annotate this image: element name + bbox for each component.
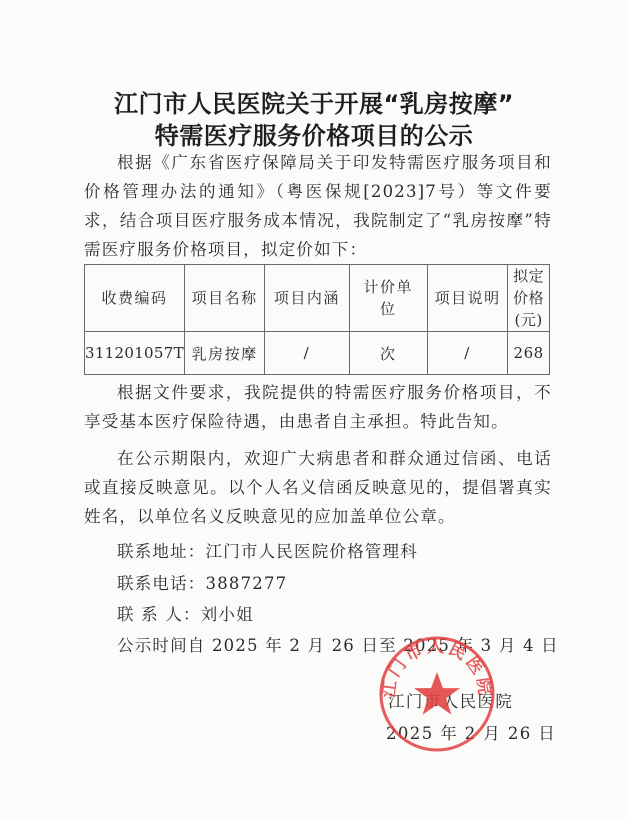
intro-paragraph: 根据《广东省医疗保障局关于印发特需医疗服务项目和价格管理办法的通知》（粤医保规[… [84, 148, 552, 264]
contact-address: 联系地址：江门市人民医院价格管理科 [117, 538, 418, 562]
cell-content: / [265, 332, 349, 375]
contact-address-label: 联系地址： [117, 542, 206, 561]
signature-date: 2025 年 2 月 26 日 [386, 720, 556, 744]
header-name: 项目名称 [184, 265, 264, 332]
header-unit: 计价单 位 [349, 265, 427, 332]
header-code: 收费编码 [85, 265, 185, 332]
header-price-line3: (元) [508, 309, 549, 331]
cell-name: 乳房按摩 [184, 332, 264, 375]
header-unit-line2: 位 [350, 298, 427, 320]
table-header-row: 收费编码 项目名称 项目内涵 计价单 位 项目说明 拟定 价格 (元) [85, 265, 550, 332]
contact-person-label: 联 系 人： [117, 605, 201, 624]
publicity-period: 公示时间自 2025 年 2 月 26 日至 2025 年 3 月 4 日 [117, 632, 559, 656]
header-price: 拟定 价格 (元) [508, 265, 550, 332]
contact-address-value: 江门市人民医院价格管理科 [206, 542, 418, 561]
contact-phone-value: 3887277 [206, 574, 288, 593]
signature-organization: 江门市人民医院 [388, 688, 513, 712]
cell-unit: 次 [349, 332, 427, 375]
contact-person: 联 系 人：刘小姐 [117, 601, 254, 625]
cell-code: 311201057T [85, 332, 185, 375]
contact-person-value: 刘小姐 [201, 605, 254, 624]
paragraph-insurance: 根据文件要求，我院提供的特需医疗服务价格项目，不享受基本医疗保险待遇，由患者自主… [84, 378, 552, 436]
cell-note: / [427, 332, 507, 375]
table-row: 311201057T 乳房按摩 / 次 / 268 [85, 332, 550, 375]
header-price-line2: 价格 [508, 287, 549, 309]
cell-price: 268 [508, 332, 550, 375]
header-content: 项目内涵 [265, 265, 349, 332]
contact-phone: 联系电话：3887277 [117, 570, 287, 594]
document-title-line1: 江门市人民医院关于开展“乳房按摩” [0, 84, 628, 119]
header-unit-line1: 计价单 [350, 276, 427, 298]
header-note: 项目说明 [427, 265, 507, 332]
document-title-line2: 特需医疗服务价格项目的公示 [0, 116, 628, 151]
paragraph-feedback: 在公示期限内，欢迎广大病患者和群众通过信函、电话或直接反映意见。以个人名义信函反… [84, 444, 552, 531]
header-price-line1: 拟定 [508, 265, 549, 287]
contact-phone-label: 联系电话： [117, 574, 206, 593]
fee-table: 收费编码 项目名称 项目内涵 计价单 位 项目说明 拟定 价格 (元) 3112… [84, 264, 550, 375]
